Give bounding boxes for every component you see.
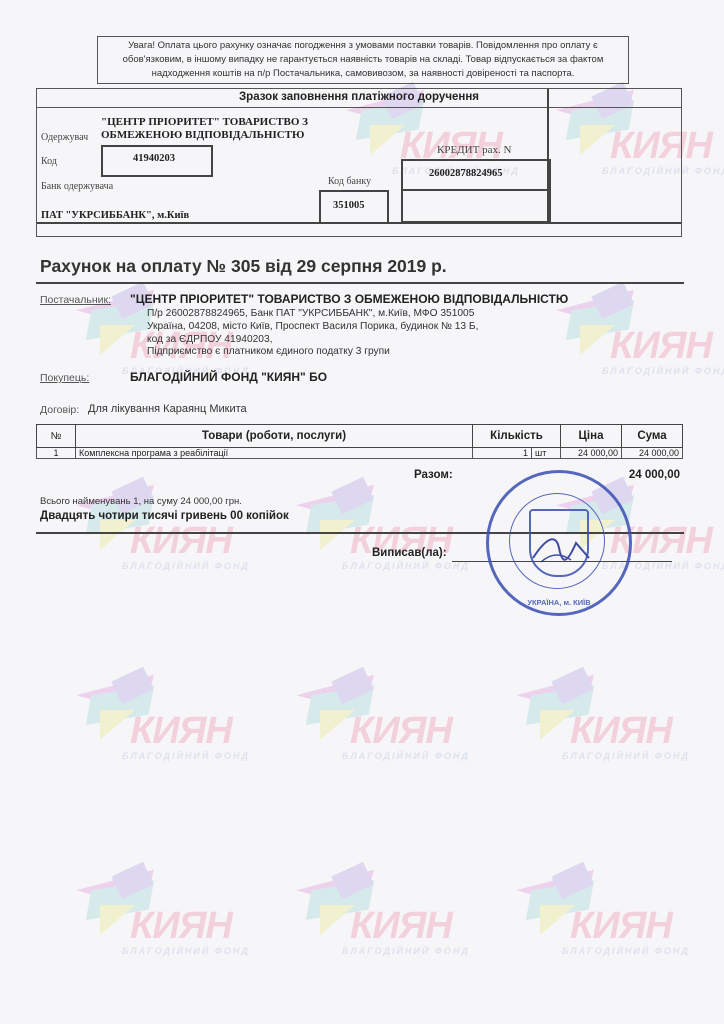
row-unit: шт xyxy=(532,448,561,459)
row-price: 24 000,00 xyxy=(561,448,622,459)
row-sum: 24 000,00 xyxy=(622,448,683,459)
contract-value: Для лікування Караянц Микита xyxy=(88,403,247,415)
divider xyxy=(37,107,681,108)
row-goods: Комплексна програма з реабілітації xyxy=(76,448,473,459)
recipient-name-line1: "ЦЕНТР ПРІОРИТЕТ" ТОВАРИСТВО З xyxy=(101,116,308,128)
col-num-header: № xyxy=(37,425,76,448)
signature-icon xyxy=(531,528,591,568)
company-stamp: ТОВАРИСТВО З ОБМЕЖЕНОЮ ВІДПОВІДАЛЬНІСТЮ … xyxy=(486,470,632,616)
title-rule xyxy=(36,282,684,284)
credit-value: 26002878824965 xyxy=(429,168,503,179)
col-goods-header: Товари (роботи, послуги) xyxy=(76,425,473,448)
row-qty: 1 xyxy=(473,448,532,459)
supplier-detail-line: Україна, 04208, місто Київ, Проспект Вас… xyxy=(147,321,478,334)
recipient-label: Одержувач xyxy=(41,132,88,143)
divider xyxy=(403,189,549,191)
code-box: 41940203 xyxy=(101,145,213,177)
items-summary: Всього найменувань 1, на суму 24 000,00 … xyxy=(40,496,242,507)
notice-line: обов'язковим, в іншому випадку не гарант… xyxy=(98,53,628,67)
col-sum-header: Сума xyxy=(622,425,683,448)
invoice-title: Рахунок на оплату № 305 від 29 серпня 20… xyxy=(40,256,447,277)
divider xyxy=(37,222,681,224)
payment-notice: Увага! Оплата цього рахунку означає пого… xyxy=(97,36,629,84)
bank-value: ПАТ "УКРСИББАНК", м.Київ xyxy=(41,210,189,221)
credit-label: КРЕДИТ рах. N xyxy=(437,144,511,156)
issued-by-label: Виписав(ла): xyxy=(372,547,447,559)
buyer-name: БЛАГОДІЙНИЙ ФОНД "КИЯН" БО xyxy=(130,370,327,384)
col-qty-header: Кількість xyxy=(473,425,561,448)
invoice-document: Увага! Оплата цього рахунку означає пого… xyxy=(0,0,724,1024)
credit-box: 26002878824965 xyxy=(401,159,551,223)
supplier-name: "ЦЕНТР ПРІОРИТЕТ" ТОВАРИСТВО З ОБМЕЖЕНОЮ… xyxy=(130,292,568,306)
notice-line: надходження коштів на п/р Постачальника,… xyxy=(98,67,628,81)
amount-in-words: Двадцять чотири тисячі гривень 00 копійо… xyxy=(40,510,289,522)
row-num: 1 xyxy=(37,448,76,459)
divider xyxy=(547,89,549,222)
bank-code-value: 351005 xyxy=(333,200,365,211)
items-table: № Товари (роботи, послуги) Кількість Цін… xyxy=(36,424,683,459)
stamp-bottom-text: УКРАЇНА, м. КИЇВ xyxy=(489,598,629,607)
buyer-label: Покупець: xyxy=(40,372,89,384)
total-label: Разом: xyxy=(414,469,453,481)
recipient-name-line2: ОБМЕЖЕНОЮ ВІДПОВІДАЛЬНІСТЮ xyxy=(101,129,304,141)
payment-order-sample: Зразок заповнення платіжного доручення "… xyxy=(36,88,682,237)
notice-line: Увага! Оплата цього рахунку означає пого… xyxy=(98,39,628,53)
supplier-detail-line: код за ЄДРПОУ 41940203, xyxy=(147,334,478,347)
supplier-details: П/р 26002878824965, Банк ПАТ "УКРСИББАНК… xyxy=(147,308,478,359)
supplier-detail-line: Підприємство є платником єдиного податку… xyxy=(147,346,478,359)
supplier-detail-line: П/р 26002878824965, Банк ПАТ "УКРСИББАНК… xyxy=(147,308,478,321)
bank-code-label: Код банку xyxy=(328,176,371,187)
supplier-label: Постачальник: xyxy=(40,294,111,306)
bank-label: Банк одержувача xyxy=(41,181,113,192)
col-price-header: Ціна xyxy=(561,425,622,448)
bank-code-box: 351005 xyxy=(319,190,389,224)
code-label: Код xyxy=(41,156,57,167)
total-value: 24 000,00 xyxy=(629,469,680,481)
table-row: 1 Комплексна програма з реабілітації 1 ш… xyxy=(37,448,683,459)
code-value: 41940203 xyxy=(133,153,175,164)
table-header-row: № Товари (роботи, послуги) Кількість Цін… xyxy=(37,425,683,448)
sample-title: Зразок заповнення платіжного доручення xyxy=(37,91,681,103)
contract-label: Договір: xyxy=(40,404,79,416)
